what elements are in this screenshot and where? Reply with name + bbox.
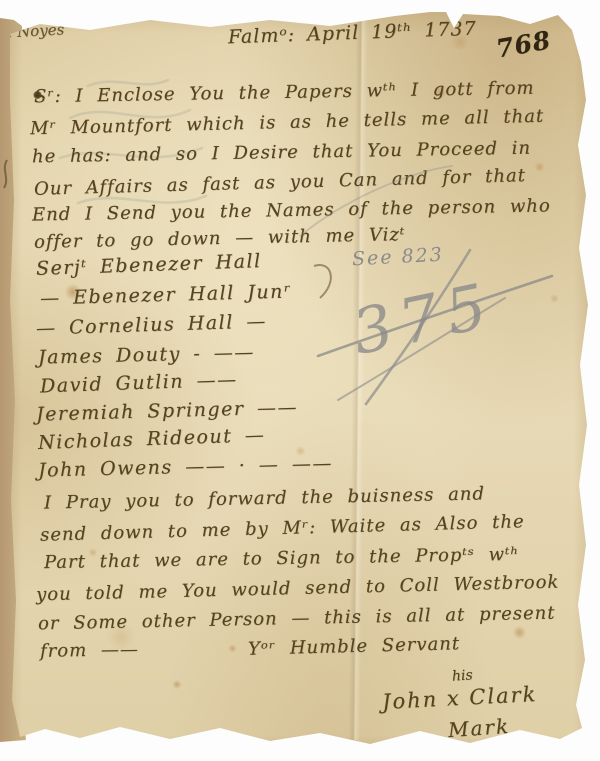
letter-line: Part that we are to Sign to the Propᵗˢ w… <box>44 544 520 573</box>
pencil-number: 375 <box>346 268 500 369</box>
stain-spot <box>534 162 545 172</box>
name-list-item: Nicholas Rideout — <box>38 424 266 454</box>
stain-spot <box>550 294 559 303</box>
signature-mark-label: Mark <box>447 714 511 742</box>
name-list-item: — Cornelius Hall — <box>36 310 267 339</box>
letter-line: offer to go down — with me Vizᵗ <box>34 224 406 253</box>
letter-line: Mʳ Mountfort which is as he tells me all… <box>30 106 545 140</box>
stain-spot <box>228 644 237 653</box>
letter-line: End I Send you the Names of the person w… <box>32 195 551 225</box>
name-list-item: John Owens —— · — —— <box>38 452 333 481</box>
letter-line: send down to me by Mʳ: Waite as Also the <box>40 511 525 546</box>
scanned-letter-page: ʳ: Noyes Falmᵒ: April 19ᵗʰ 1737 768 Sʳ: … <box>0 0 600 761</box>
from-label: from —— <box>40 639 139 662</box>
letter-line: you told me You would send to Coll Westb… <box>36 572 560 606</box>
signature-his-label: his <box>451 667 473 684</box>
letter-line: I Pray you to forward the buisness and <box>44 483 485 513</box>
letter-line: or Some other Person — this is all at pr… <box>38 603 556 635</box>
name-list-item: David Gutlin —— <box>40 369 238 398</box>
letter-line: he has: and so I Desire that You Proceed… <box>32 138 531 168</box>
signature-name: John x Clark <box>381 682 537 714</box>
name-list-item: Serjᵗ Ebenezer Hall <box>36 250 262 280</box>
stain-spot <box>172 680 182 689</box>
valediction: Yᵒʳ Humble Servant <box>248 633 461 660</box>
page-number: 768 <box>494 25 553 63</box>
letter-line: Our Affairs as fast as you Can and for t… <box>34 165 526 200</box>
stain-spot <box>512 626 527 639</box>
letter-paper: ʳ: Noyes Falmᵒ: April 19ᵗʰ 1737 768 Sʳ: … <box>0 0 600 761</box>
dateline: Falmᵒ: April 19ᵗʰ 1737 <box>228 18 477 49</box>
name-list-item: James Douty - —— <box>38 341 255 368</box>
pencil-see-note: See 823 <box>351 244 444 271</box>
letter-line: Sʳ: I Enclose You the Papers wᵗʰ I gott … <box>34 78 535 108</box>
name-list-item: Jeremiah Springer —— <box>36 396 299 425</box>
